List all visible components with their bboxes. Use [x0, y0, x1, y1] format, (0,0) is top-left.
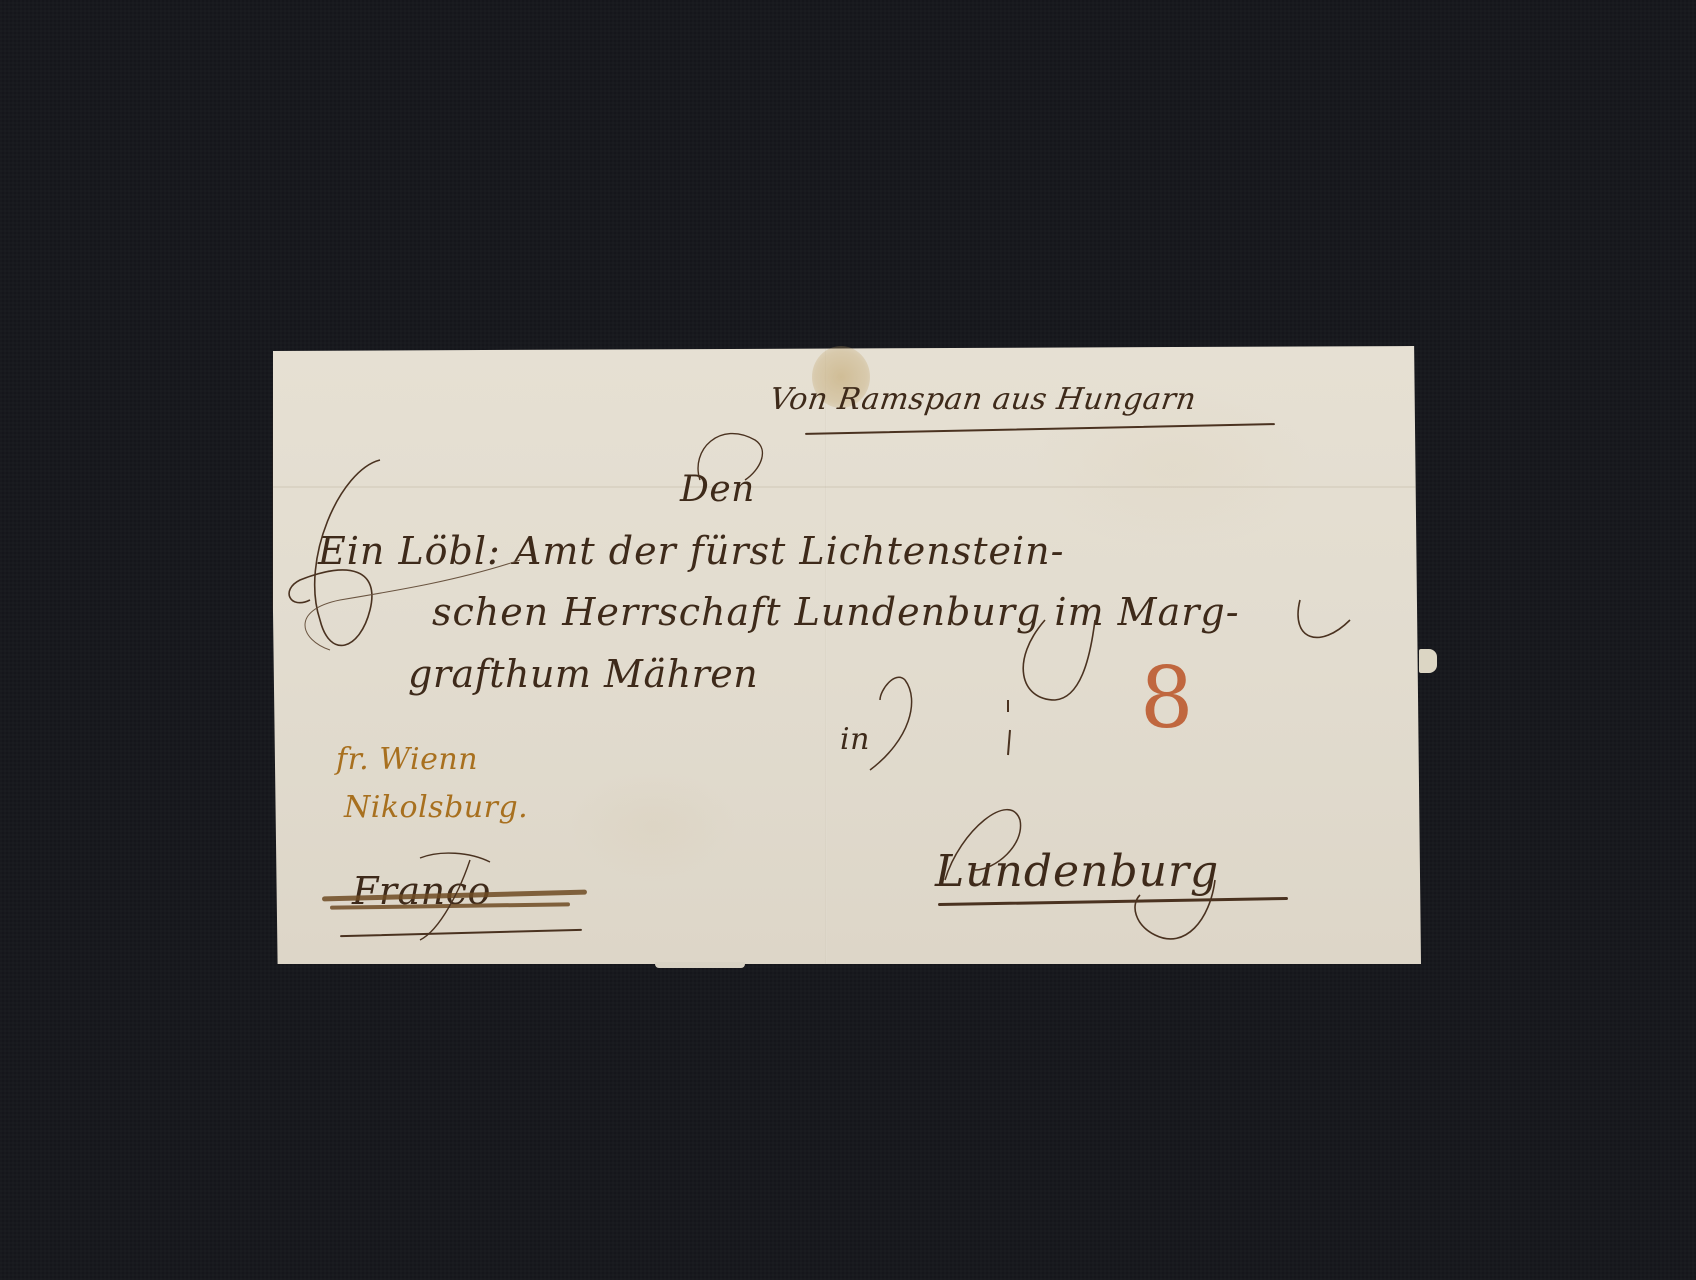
destination-lundenburg: Lundenburg: [935, 850, 1219, 894]
address-line-2: schen Herrschaft Lundenburg im Marg-: [432, 593, 1240, 631]
photo-scene: Von Ramspan aus Hungarn Den Ein Löbl: Am…: [0, 0, 1696, 1280]
seal-paper-tab: [1419, 649, 1437, 673]
route-note-nikolsburg: Nikolsburg.: [344, 793, 528, 823]
preposition-in: in: [840, 725, 870, 755]
salutation-den: Den: [680, 472, 755, 508]
horizontal-fold-crease: [273, 486, 1421, 488]
address-line-3: grafthum Mähren: [408, 655, 758, 693]
postage-rate-mark: 8: [1140, 656, 1194, 740]
bottom-paper-fold: [655, 962, 745, 968]
origin-annotation: Von Ramspan aus Hungarn: [768, 385, 1198, 415]
vertical-fold-crease: [825, 346, 827, 964]
address-line-1: Ein Löbl: Amt der fürst Lichtenstein-: [318, 532, 1064, 570]
route-note-wienn: fr. Wienn: [336, 745, 478, 775]
